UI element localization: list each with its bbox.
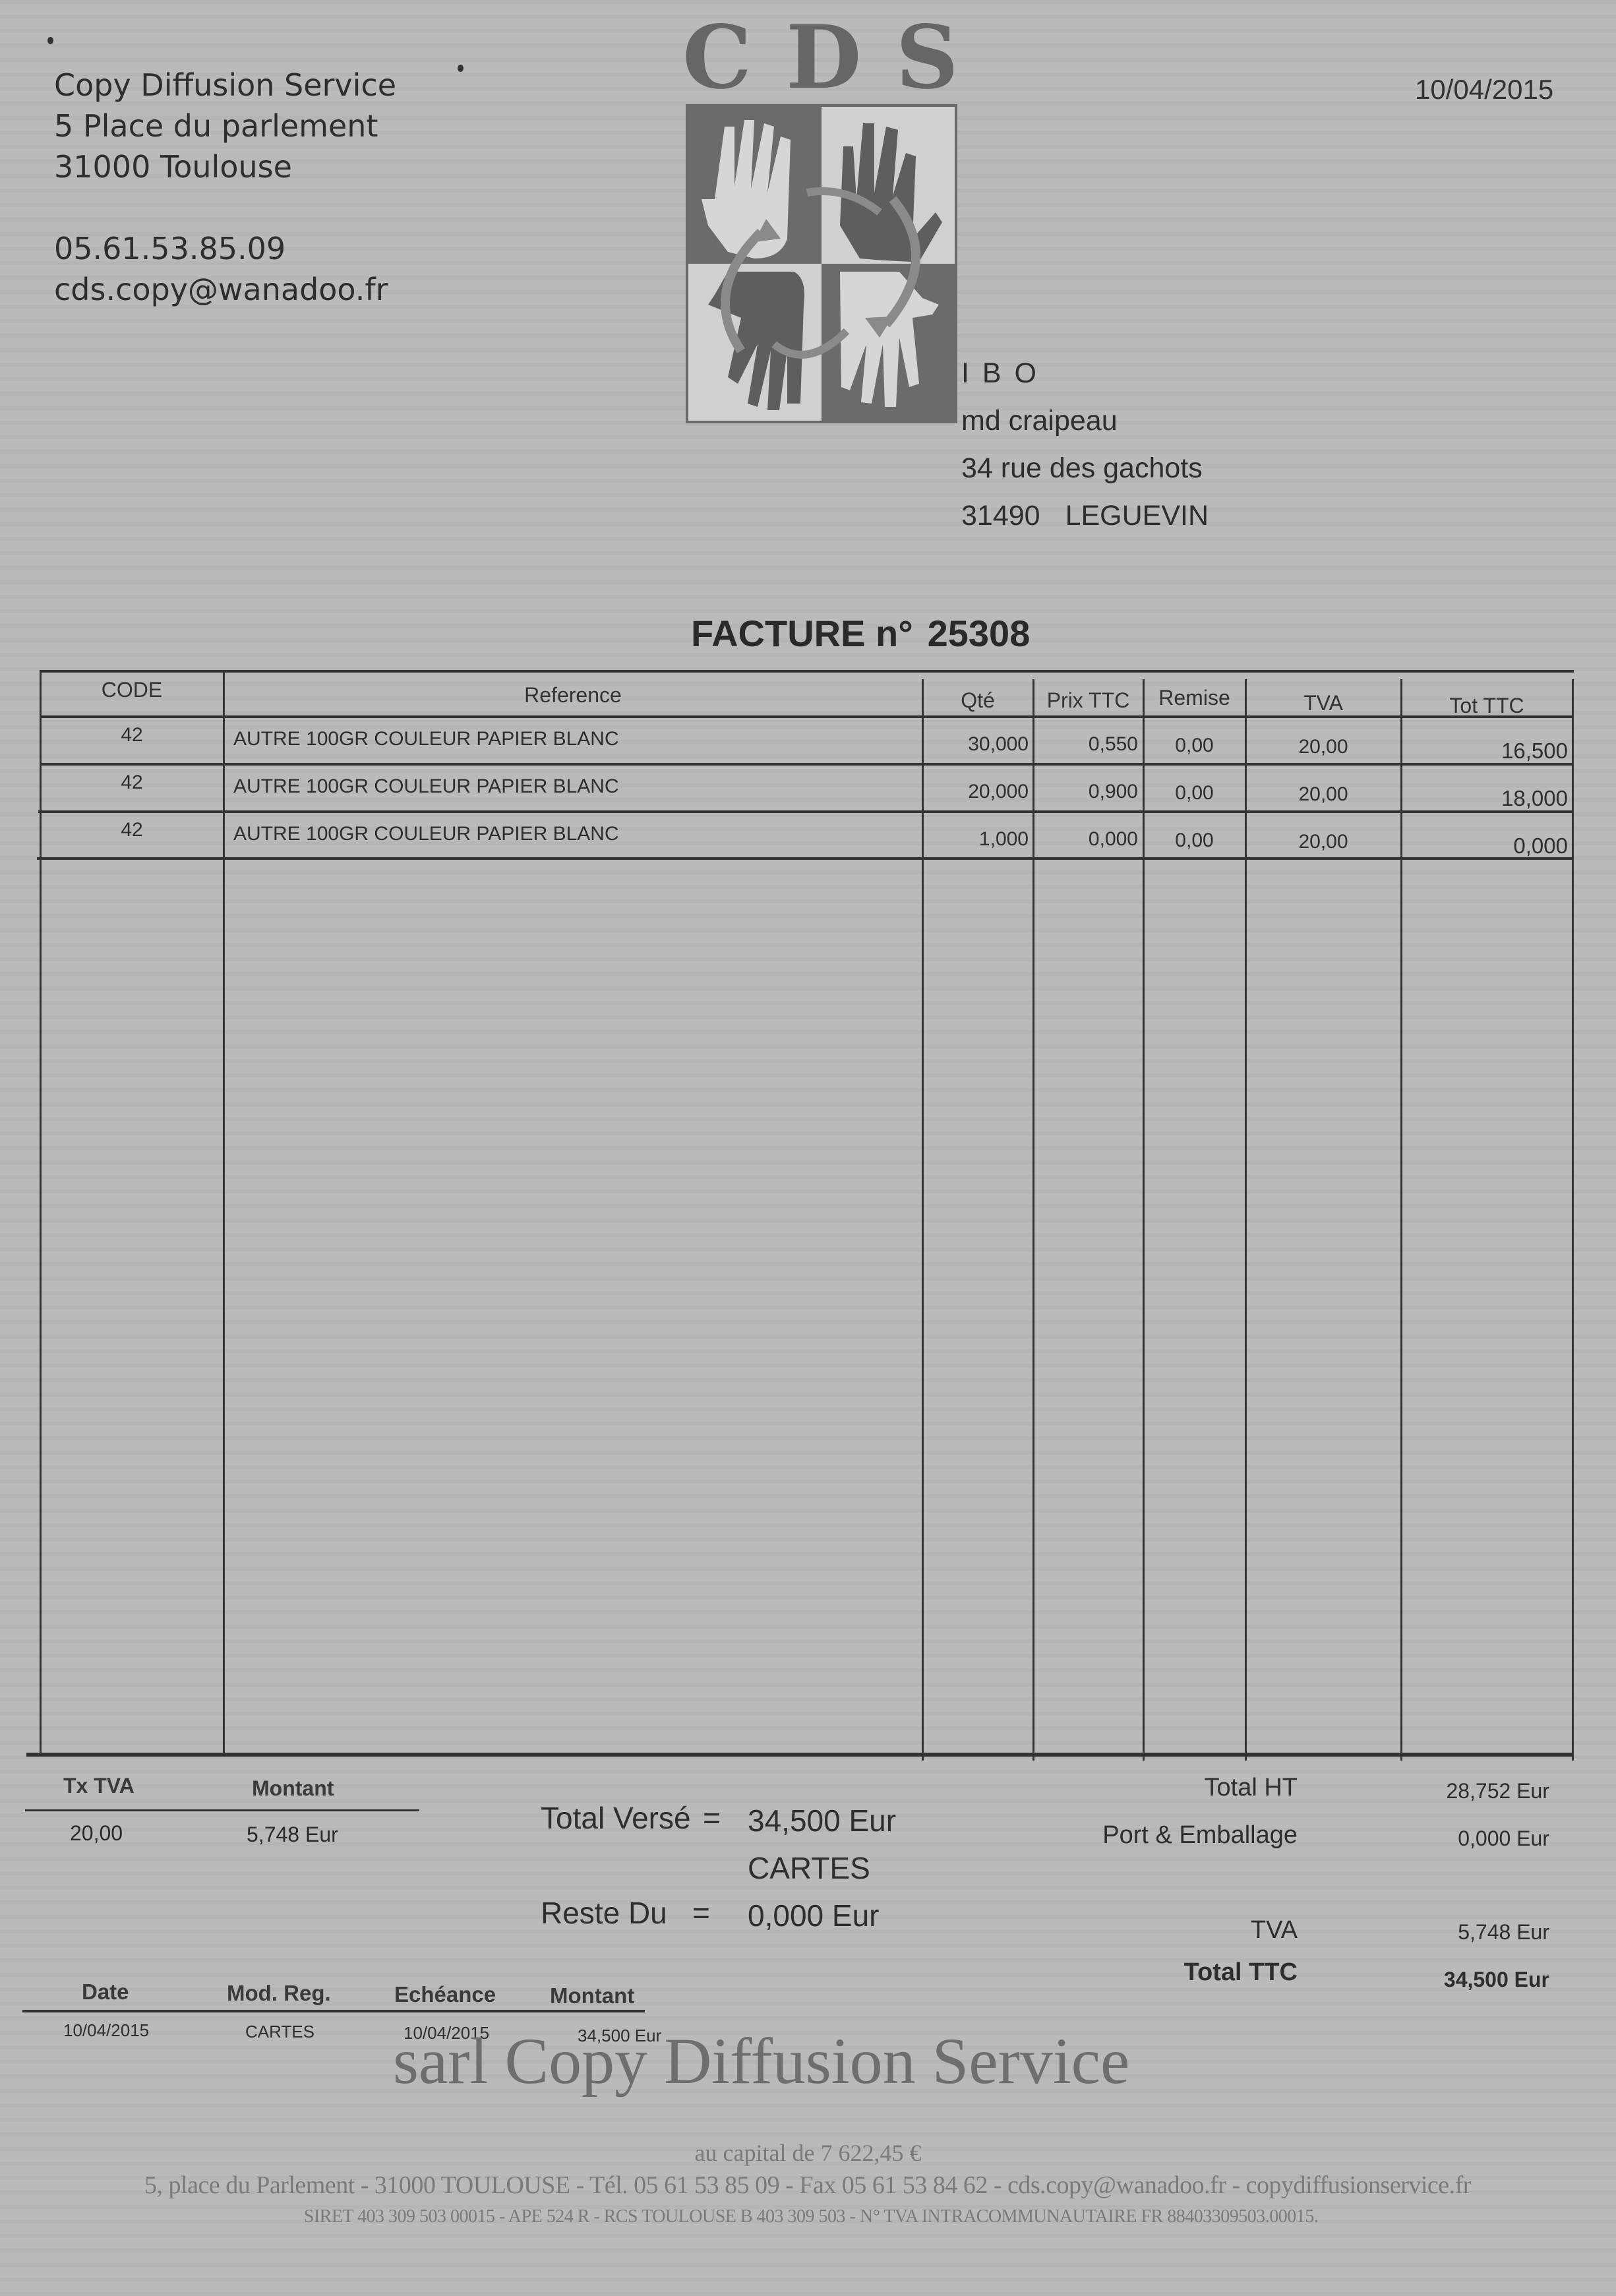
schedule-method-header: Mod. Reg.	[227, 1981, 331, 2006]
col-header-code: CODE	[41, 678, 223, 702]
cell-reference: AUTRE 100GR COULEUR PAPIER BLANC	[233, 728, 619, 750]
col-header-reference: Reference	[224, 683, 922, 708]
table-bottom-border	[26, 1753, 1572, 1757]
vat-total-value: 5,748 Eur	[1385, 1920, 1549, 1945]
total-ttc-value: 34,500 Eur	[1385, 1968, 1549, 1992]
cell-discount: 0,00	[1144, 830, 1245, 852]
vat-summary-divider	[25, 1809, 419, 1811]
row-divider	[40, 763, 1574, 766]
cell-vat: 20,00	[1246, 736, 1400, 758]
cell-total: 16,500	[1402, 739, 1568, 764]
footer-legal: SIRET 403 309 503 00015 - APE 524 R - RC…	[66, 2206, 1556, 2227]
invoice-number: 25308	[928, 613, 1031, 654]
paid-label: Total Versé	[541, 1800, 691, 1836]
sender-phone: 05.61.53.85.09	[54, 228, 396, 269]
header-divider	[41, 715, 1574, 718]
col-border	[223, 670, 225, 1755]
col-header-total: Tot TTC	[1402, 694, 1572, 718]
recipient-street: 34 rue des gachots	[961, 444, 1209, 492]
cell-code: 42	[41, 771, 223, 794]
shipping-value: 0,000 Eur	[1385, 1827, 1549, 1851]
sender-street: 5 Place du parlement	[54, 106, 396, 146]
col-header-qty: Qté	[923, 688, 1032, 713]
cell-discount: 0,00	[1144, 782, 1245, 804]
cell-qty: 30,000	[923, 733, 1029, 756]
recipient-postcode: 31490	[961, 500, 1040, 531]
sender-name: Copy Diffusion Service	[54, 65, 396, 106]
cell-unit-price: 0,000	[1034, 828, 1138, 851]
recipient-city: LEGUEVIN	[1065, 500, 1209, 531]
table-top-border	[41, 670, 1574, 673]
total-ht-value: 28,752 Eur	[1385, 1779, 1549, 1803]
recipient-company: I B O	[961, 349, 1209, 397]
col-border	[1572, 679, 1574, 1761]
cell-total: 0,000	[1402, 833, 1568, 859]
col-header-vat: TVA	[1246, 691, 1400, 715]
vat-rate-header: Tx TVA	[63, 1774, 135, 1798]
row-divider	[37, 857, 1574, 860]
scan-speck	[458, 65, 464, 72]
cell-qty: 1,000	[923, 828, 1029, 851]
cell-unit-price: 0,900	[1034, 781, 1138, 803]
vat-rate-value: 20,00	[70, 1821, 123, 1846]
footer-address: 5, place du Parlement - 31000 TOULOUSE -…	[26, 2171, 1589, 2200]
cell-qty: 20,000	[923, 781, 1029, 803]
payment-method: CARTES	[748, 1850, 870, 1886]
sender-city: 31000 Toulouse	[54, 146, 396, 187]
schedule-amount-header: Montant	[550, 1983, 634, 2009]
four-hands-exchange-logo-icon	[686, 104, 957, 423]
row-divider	[38, 810, 1574, 813]
col-header-discount: Remise	[1144, 686, 1245, 710]
paid-value: 34,500 Eur	[748, 1803, 896, 1838]
shipping-label: Port & Emballage	[989, 1821, 1298, 1850]
cell-code: 42	[41, 724, 223, 746]
schedule-divider	[22, 2010, 645, 2012]
invoice-title-label: FACTURE n°	[691, 613, 913, 654]
due-value: 0,000 Eur	[748, 1898, 879, 1933]
cell-reference: AUTRE 100GR COULEUR PAPIER BLANC	[233, 823, 619, 845]
schedule-date-header: Date	[82, 1979, 129, 2005]
scan-speck	[47, 37, 53, 44]
vat-amount-value: 5,748 Eur	[247, 1823, 338, 1847]
vat-amount-header: Montant	[252, 1776, 334, 1801]
col-header-unit-price: Prix TTC	[1034, 688, 1143, 713]
logo-text: CDS	[682, 7, 993, 109]
cell-code: 42	[41, 819, 223, 841]
cell-reference: AUTRE 100GR COULEUR PAPIER BLANC	[233, 775, 619, 798]
due-label: Reste Du	[541, 1895, 667, 1931]
invoice-title: FACTURE n°25308	[691, 612, 1030, 655]
cell-total: 18,000	[1402, 786, 1568, 811]
footer-capital: au capital de 7 622,45 €	[0, 2139, 1616, 2167]
total-ttc-label: Total TTC	[989, 1958, 1298, 1987]
vat-total-label: TVA	[989, 1916, 1298, 1945]
recipient-address: I B O md craipeau 34 rue des gachots 314…	[961, 349, 1209, 539]
schedule-due-date-header: Echéance	[394, 1982, 496, 2007]
due-equals: =	[692, 1895, 710, 1931]
footer-brand: sarl Copy Diffusion Service	[393, 2023, 1129, 2099]
sender-address: Copy Diffusion Service 5 Place du parlem…	[54, 65, 396, 310]
cell-unit-price: 0,550	[1034, 733, 1138, 756]
paid-equals: =	[703, 1800, 721, 1836]
invoice-date: 10/04/2015	[1415, 74, 1553, 106]
cell-discount: 0,00	[1144, 735, 1245, 757]
schedule-method-value: CARTES	[245, 2022, 314, 2042]
total-ht-label: Total HT	[989, 1774, 1298, 1802]
cell-vat: 20,00	[1246, 783, 1400, 806]
sender-email: cds.copy@wanadoo.fr	[54, 269, 396, 310]
recipient-contact: md craipeau	[961, 397, 1209, 444]
schedule-date-value: 10/04/2015	[63, 2020, 149, 2041]
cell-vat: 20,00	[1246, 831, 1400, 853]
